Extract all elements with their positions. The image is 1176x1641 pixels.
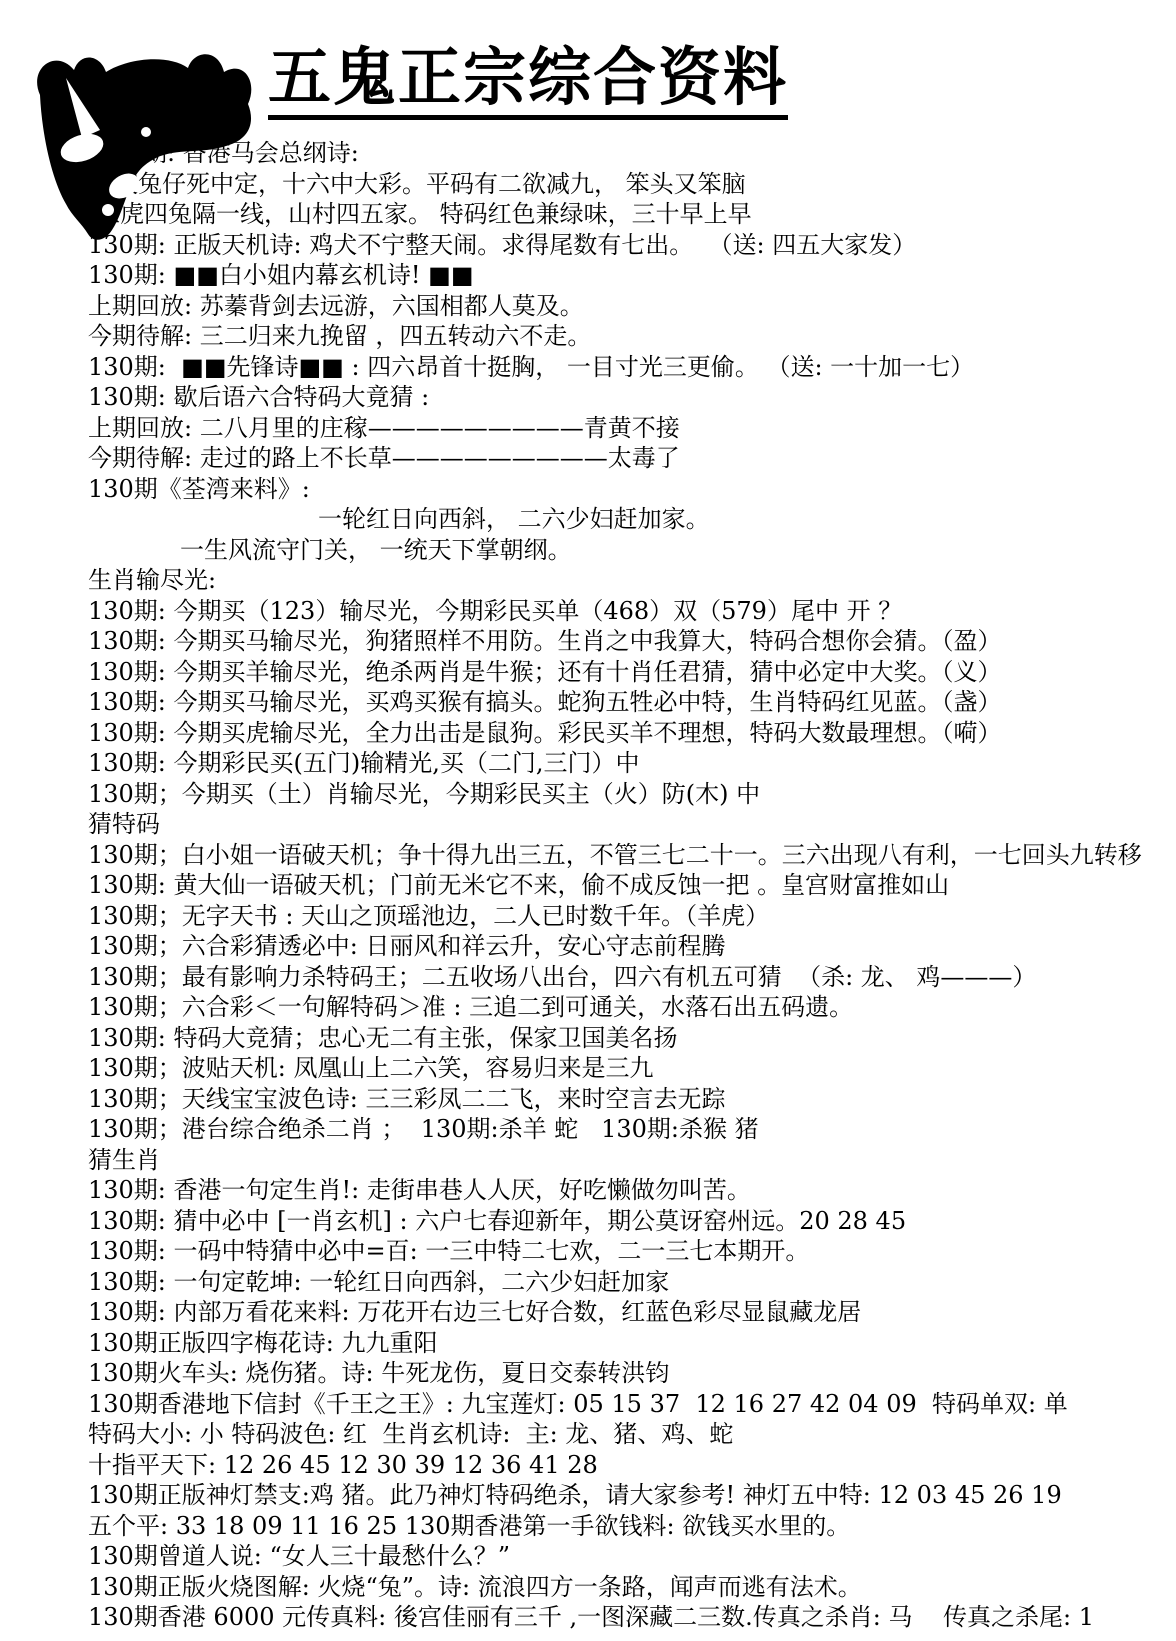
- text-line: 130期: 今期买（123）输尽光，今期彩民买单（468）双（579）尾中 开 …: [88, 596, 1164, 627]
- text-line: 130期: 黄大仙一语破天机；门前无米它不来，偷不成反蚀一把 。皇宫财富推如山: [88, 870, 1164, 901]
- text-line: 130期香港地下信封《千王之王》: 九宝莲灯: 05 15 37 12 16 2…: [88, 1389, 1164, 1420]
- text-line: 上期回放: 苏蓁背剑去远游，六国相都人莫及。: [88, 291, 1164, 322]
- text-line: 130期；最有影响力杀特码王；二五收场八出台，四六有机五可猜 （杀: 龙、 鸡—…: [88, 962, 1164, 993]
- text-line: 猜生肖: [88, 1145, 1164, 1176]
- text-line: 130期: ■■先锋诗■■ : 四六昂首十挺胸， 一目寸光三更偷。 （送: 一十…: [88, 352, 1164, 383]
- text-line: 130期；波贴天机: 凤凰山上二六笑，容易归来是三九: [88, 1053, 1164, 1084]
- ghost-blob-logo: [20, 40, 260, 245]
- text-line: 130期；无字天书 : 天山之顶瑶池边，二人已时数千年。（羊虎）: [88, 901, 1164, 932]
- text-line: 130期正版神灯禁支:鸡 猪。此乃神灯特码绝杀，请大家参考! 神灯五中特: 12…: [88, 1480, 1164, 1511]
- text-line: 130期: 内部万看花来料: 万花开右边三七好合数，红蓝色彩尽显鼠藏龙居: [88, 1297, 1164, 1328]
- text-line: 130期；港台综合绝杀二肖 ； 130期:杀羊 蛇 130期:杀猴 猪: [88, 1114, 1164, 1145]
- text-line: 130期: 特码大竞猜；忠心无二有主张，保家卫国美名扬: [88, 1023, 1164, 1054]
- text-line: 130期: 今期彩民买(五门)输精光,买（二门,三门）中: [88, 748, 1164, 779]
- text-line: 130期: 猜中必中 [一肖玄机] : 六户七春迎新年，期公莫讶窑州远。20 2…: [88, 1206, 1164, 1237]
- text-line: 130期曾道人说: “女人三十最愁什么？”: [88, 1541, 1164, 1572]
- text-line: 130期: 歇后语六合特码大竟猜 :: [88, 382, 1164, 413]
- text-line: 130期: 一句定乾坤: 一轮红日向西斜，二六少妇赶加家: [88, 1267, 1164, 1298]
- text-lines: 期: 香港马会总纲诗:虎咬兔仔死中定，十六中大彩。平码有二欲减九， 笨头又笨脑三…: [0, 138, 1176, 1633]
- text-line: 猜特码: [88, 809, 1164, 840]
- text-line: 130期正版四字梅花诗: 九九重阳: [88, 1328, 1164, 1359]
- text-line: 130期；六合彩＜一句解特码＞准 : 三追二到可通关，水落石出五码遗。: [88, 992, 1164, 1023]
- text-line: 130期；六合彩猜透必中: 日丽风和祥云升，安心守志前程腾: [88, 931, 1164, 962]
- text-line: 130期香港 6000 元传真料: 後宫佳丽有三千 ,一图深藏二三数.传真之杀肖…: [88, 1602, 1164, 1633]
- text-line: 今期待解: 走过的路上不长草—————————太毒了: [88, 443, 1164, 474]
- text-line: 130期: 今期买虎输尽光，全力出击是鼠狗。彩民买羊不理想，特码大数最理想。（嗬…: [88, 718, 1164, 749]
- text-line: 五个平: 33 18 09 11 16 25 130期香港第一手欲钱料: 欲钱买…: [88, 1511, 1164, 1542]
- text-line: 130期《荃湾来料》:: [88, 474, 1164, 505]
- page-title: 五鬼正宗综合资料: [268, 42, 788, 120]
- text-line: 130期: 今期买羊输尽光，绝杀两肖是牛猴；还有十肖任君猜，猜中必定中大奖。（义…: [88, 657, 1164, 688]
- text-line: 130期: 香港一句定生肖!: 走街串巷人人厌，好吃懒做勿叫苦。: [88, 1175, 1164, 1206]
- text-line: 130期: 今期买马输尽光，狗猪照样不用防。生肖之中我算大，特码合想你会猜。（盈…: [88, 626, 1164, 657]
- text-line: 130期；天线宝宝波色诗: 三三彩凤二二飞，来时空言去无踪: [88, 1084, 1164, 1115]
- text-line: 十指平天下: 12 26 45 12 30 39 12 36 41 28: [88, 1450, 1164, 1481]
- text-line: 130期；今期买（土）肖输尽光，今期彩民买主（火）防(木) 中: [88, 779, 1164, 810]
- text-line: 一轮红日向西斜， 二六少妇赶加家。: [88, 504, 1164, 535]
- text-line: 今期待解: 三二归来九挽留 ，四五转动六不走。: [88, 321, 1164, 352]
- text-line: 130期；白小姐一语破天机；争十得九出三五，不管三七二十一。三六出现八有利，一七…: [88, 840, 1164, 871]
- text-line: 130期正版火烧图解: 火烧“兔”。诗: 流浪四方一条路，闻声而逃有法术。: [88, 1572, 1164, 1603]
- text-line: 生肖输尽光:: [88, 565, 1164, 596]
- text-line: 130期火车头: 烧伤猪。诗: 牛死龙伤，夏日交泰转洪钧: [88, 1358, 1164, 1389]
- text-line: 一生风流守门关， 一统天下掌朝纲。: [88, 535, 1164, 566]
- text-line: 130期: 今期买马输尽光，买鸡买猴有搞头。蛇狗五牲必中特，生肖特码红见蓝。（盏…: [88, 687, 1164, 718]
- text-line: 130期: 一码中特猜中必中=百: 一三中特二七欢，二一三七本期开。: [88, 1236, 1164, 1267]
- text-line: 上期回放: 二八月里的庄稼—————————青黄不接: [88, 413, 1164, 444]
- text-line: 特码大小: 小 特码波色: 红 生肖玄机诗: 主: 龙、猪、鸡、蛇: [88, 1419, 1164, 1450]
- text-line: 130期: ■■白小姐内幕玄机诗! ■■: [88, 260, 1164, 291]
